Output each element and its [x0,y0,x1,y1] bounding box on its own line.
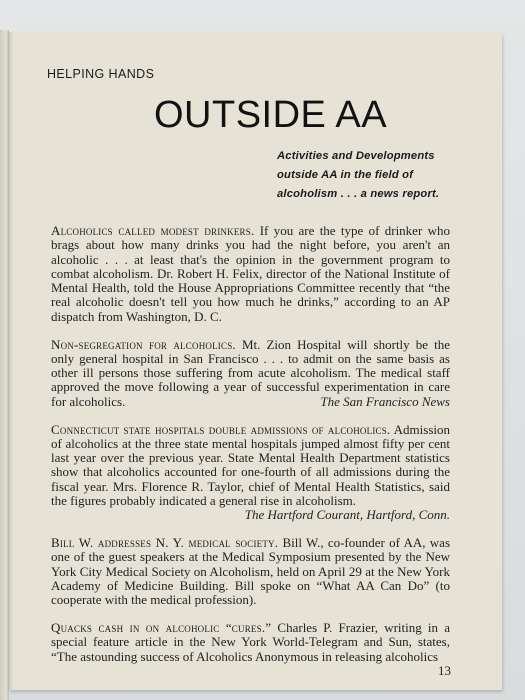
page-gutter-shadow [9,32,13,690]
deck-line: alcoholism . . . a news report. [277,185,477,204]
news-item: Connecticut state hospitals double admis… [51,423,450,523]
news-items: Alcoholics called modest drinkers. If yo… [51,224,450,678]
page-title: OUTSIDE AA [154,96,387,134]
news-item-heading: Connecticut state hospitals double admis… [51,422,390,437]
section-label: HELPING HANDS [47,67,154,81]
news-item-heading: Non-segregation for alcoholics. [51,337,236,352]
news-item-heading: Bill W. addresses N. Y. medical society. [51,535,278,550]
article-deck: Activities and Developments outside AA i… [277,147,477,204]
news-item-body: If you are the type of drinker who brags… [51,223,450,324]
news-item-source: The Hartford Courant, Hartford, Conn. [245,508,450,522]
deck-line: outside AA in the field of [277,166,477,185]
news-item: Quacks cash in on alcoholic “cures.” Cha… [51,621,450,664]
news-item: Bill W. addresses N. Y. medical society.… [51,536,450,607]
deck-line: Activities and Developments [277,147,477,166]
magazine-page: HELPING HANDS OUTSIDE AA Activities and … [9,32,502,690]
news-item-heading: Alcoholics called modest drinkers. [51,223,254,238]
news-item: Non-segregation for alcoholics. Mt. Zion… [51,338,450,409]
news-item-source: The San Francisco News [320,395,450,409]
news-item-heading: Quacks cash in on alcoholic “cures.” [51,620,271,635]
facing-page-edge [0,30,9,700]
page-number: 13 [438,663,451,679]
news-item: Alcoholics called modest drinkers. If yo… [51,224,450,324]
